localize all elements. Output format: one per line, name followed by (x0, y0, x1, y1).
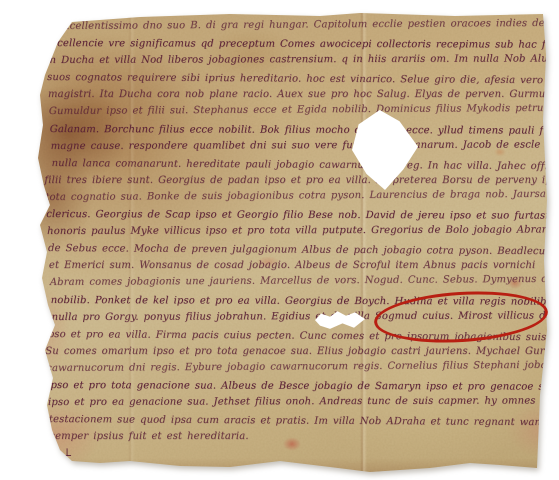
manuscript-line: Excellentissimo dno suo B. di gra regi h… (56, 15, 546, 35)
manuscript-line: magne cause. respondere quamlibet dni su… (51, 136, 553, 155)
manuscript-line: semper ipsius fuit et est hereditaria. (50, 428, 552, 445)
photo-frame: Excellentissimo dno suo B. di gra regi h… (0, 0, 559, 480)
manuscript-line: tota cognatio sua. Bonke de suis jobagio… (45, 186, 547, 206)
manuscript-line: Abram comes jobagionis une jauriens. Mar… (50, 271, 552, 291)
scribe-mark: ⊥ (62, 446, 72, 459)
manuscript-line: ipso et pro ea genacione sua. Jethset fi… (48, 392, 550, 411)
manuscript-line: honoris paulus Myke villicus ipso et pro… (47, 222, 549, 241)
manuscript-line: in Ducha et villa Nod liberos jobagiones… (46, 51, 548, 70)
parchment-wrap: Excellentissimo dno suo B. di gra regi h… (0, 0, 559, 480)
manuscript-line: Gumuldur ipso et filii sui. Stephanus ec… (49, 100, 551, 120)
parchment: Excellentissimo dno suo B. di gra regi h… (0, 0, 559, 480)
manuscript-text: Excellentissimo dno suo B. di gra regi h… (48, 18, 550, 445)
manuscript-line: cawarnucorum dni regis. Eybure jobagio c… (46, 357, 548, 377)
